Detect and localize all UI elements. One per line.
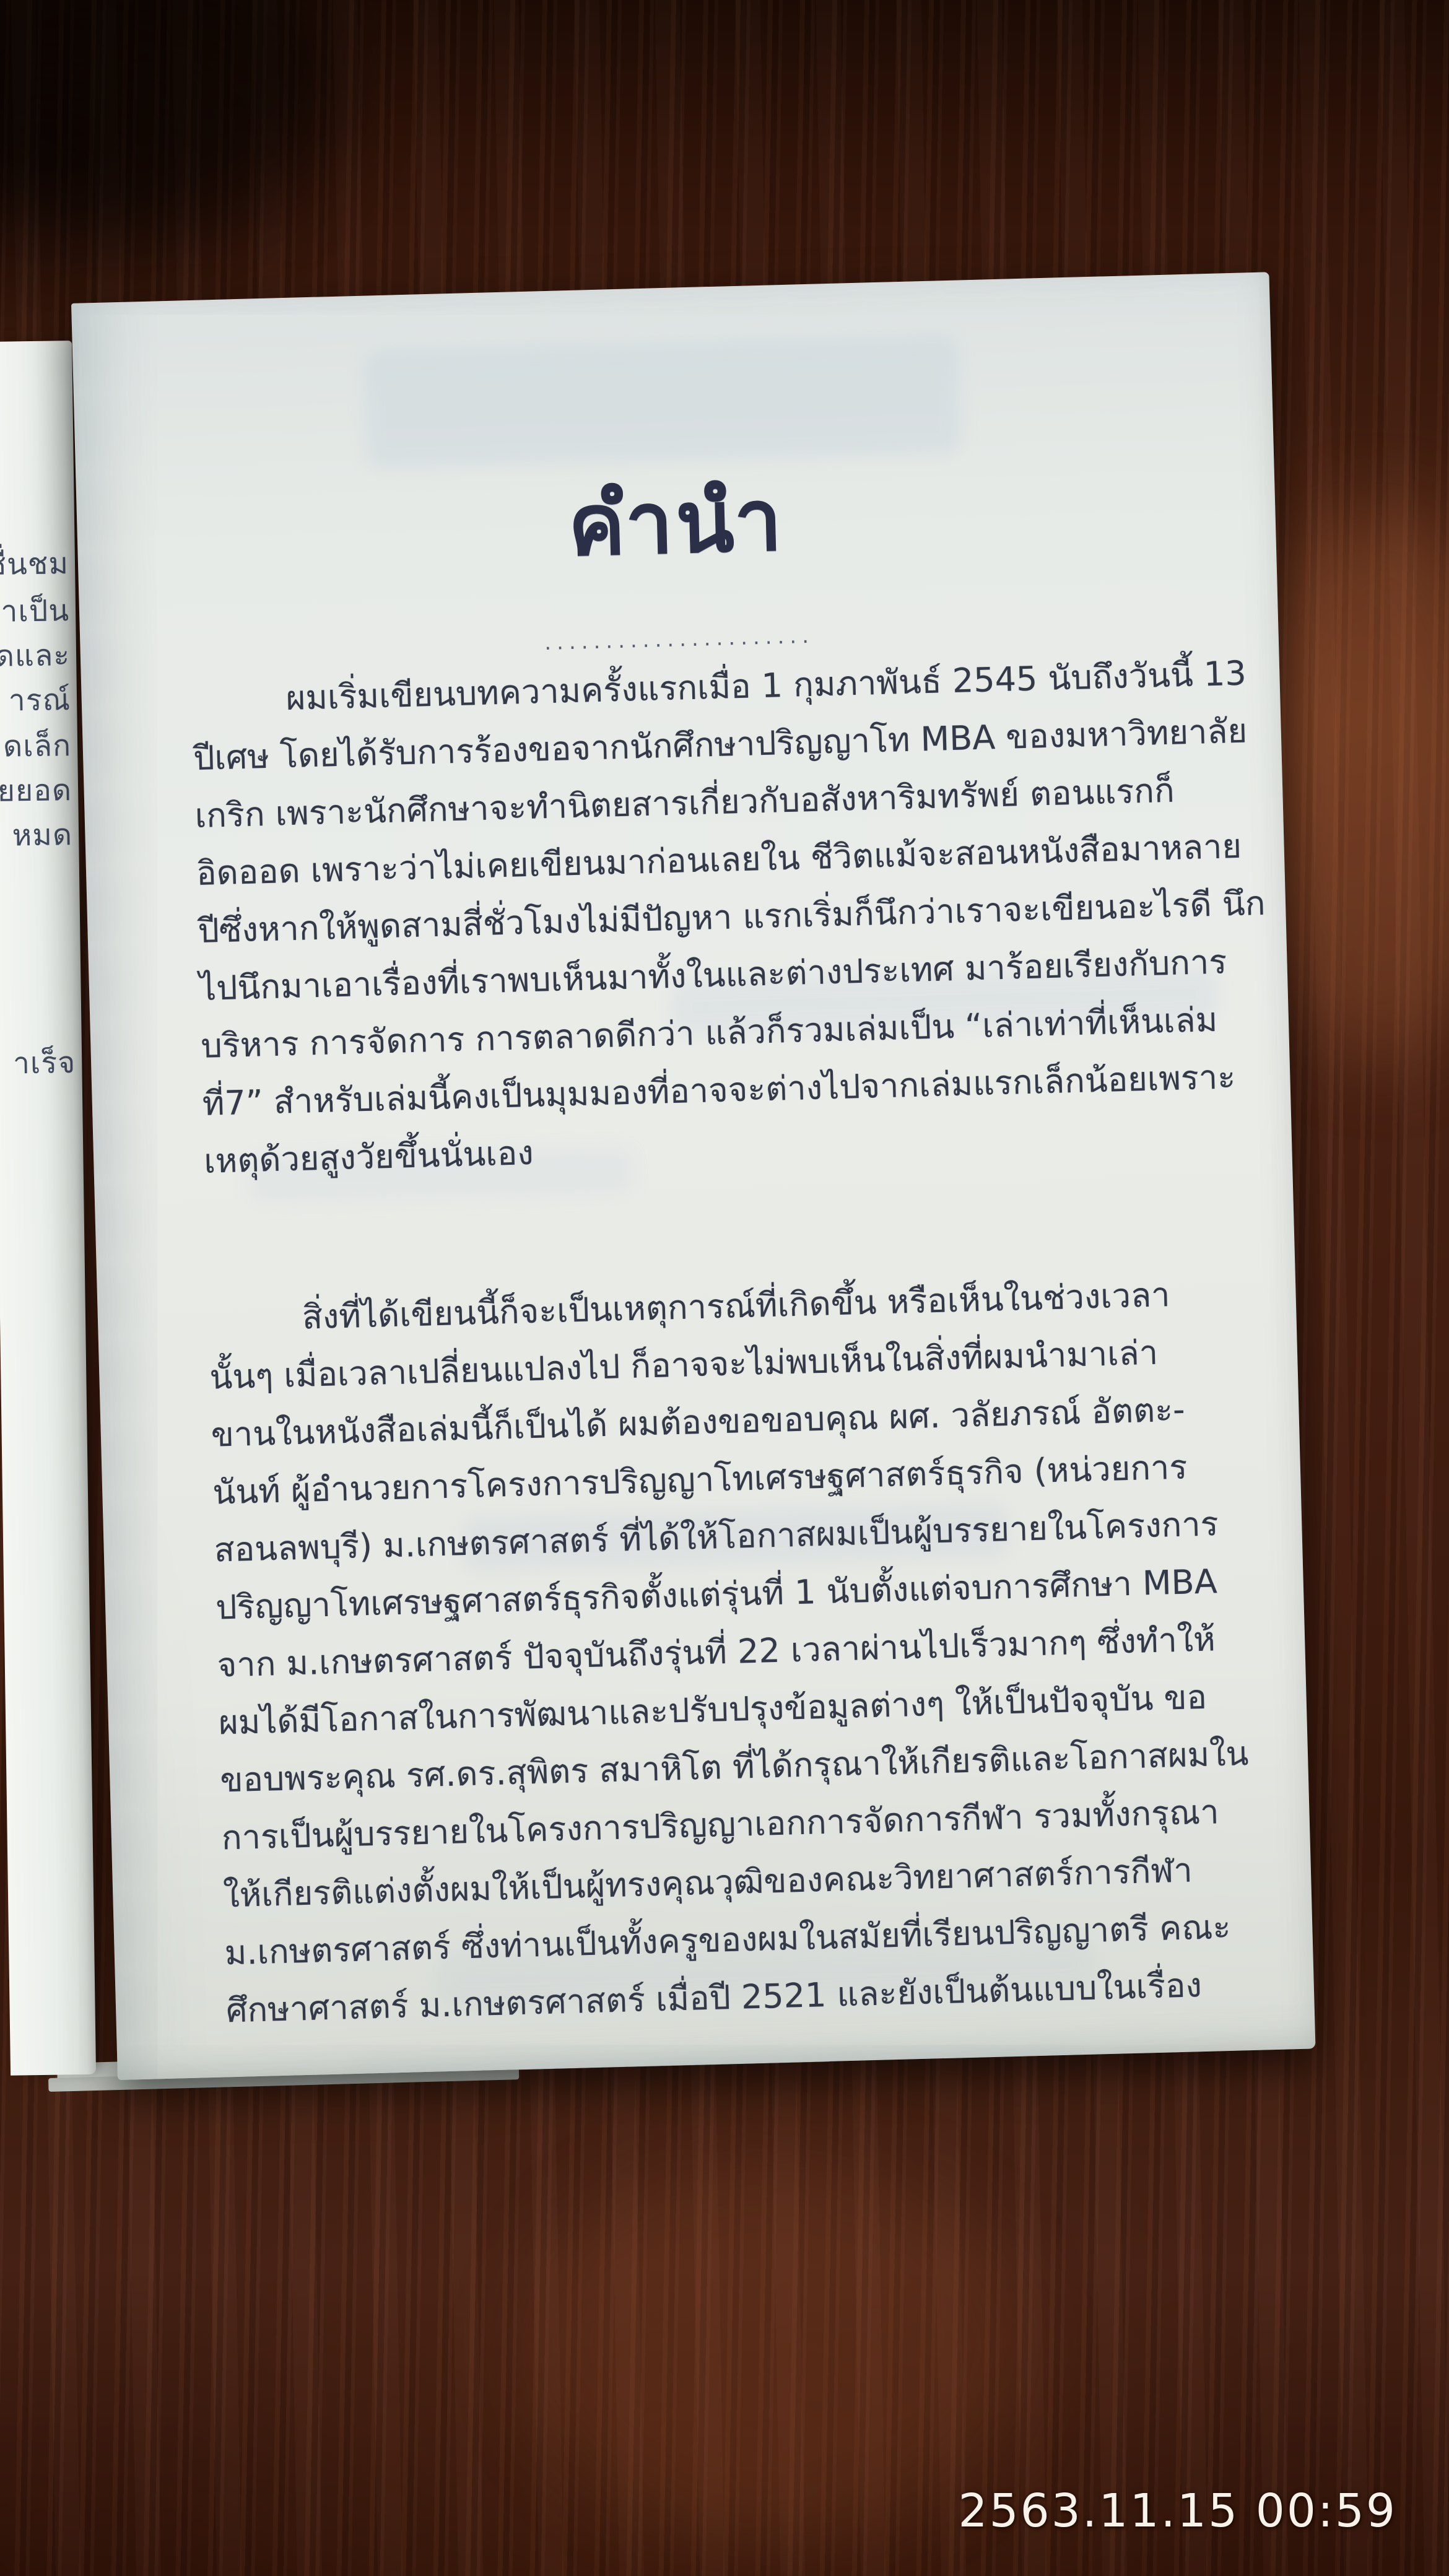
wood-grain-shadow: [0, 0, 341, 235]
chapter-title-wrap: คำนำ: [76, 438, 1277, 606]
paragraph-2: สิ่งที่ได้เขียนนี้ก็จะเป็นเหตุการณ์ที่เก…: [207, 1263, 1286, 2039]
paragraph-1: ผมเริ่มเขียนบทความครั้งแรกเมื่อ 1 กุมภาพ…: [191, 644, 1264, 1190]
left-page-fragment: หมด: [12, 811, 73, 859]
left-page-fragment: ดและ: [0, 632, 71, 680]
left-page-fragment: ดเล็ก: [3, 722, 72, 770]
book-page: คำนำ ...................... ผมเริ่มเขียน…: [71, 272, 1315, 2080]
wood-grain-highlight: [526, 2155, 1022, 2539]
left-page-fragment: ชื่นชม: [0, 540, 69, 588]
camera-timestamp: 2563.11.15 00:59: [959, 2484, 1397, 2538]
left-page-fragment: ยยอด: [0, 767, 72, 815]
left-page-fragment: าเป็น: [1, 587, 70, 635]
book-photo: ชื่นชม าเป็น ดและ ารณ์ ดเล็ก ยยอด หมด าเ…: [0, 0, 1449, 2576]
left-page-fragment: ารณ์: [8, 676, 71, 724]
page-title: คำนำ: [567, 470, 786, 575]
left-page-fragment: าเร็จ: [12, 1039, 76, 1087]
